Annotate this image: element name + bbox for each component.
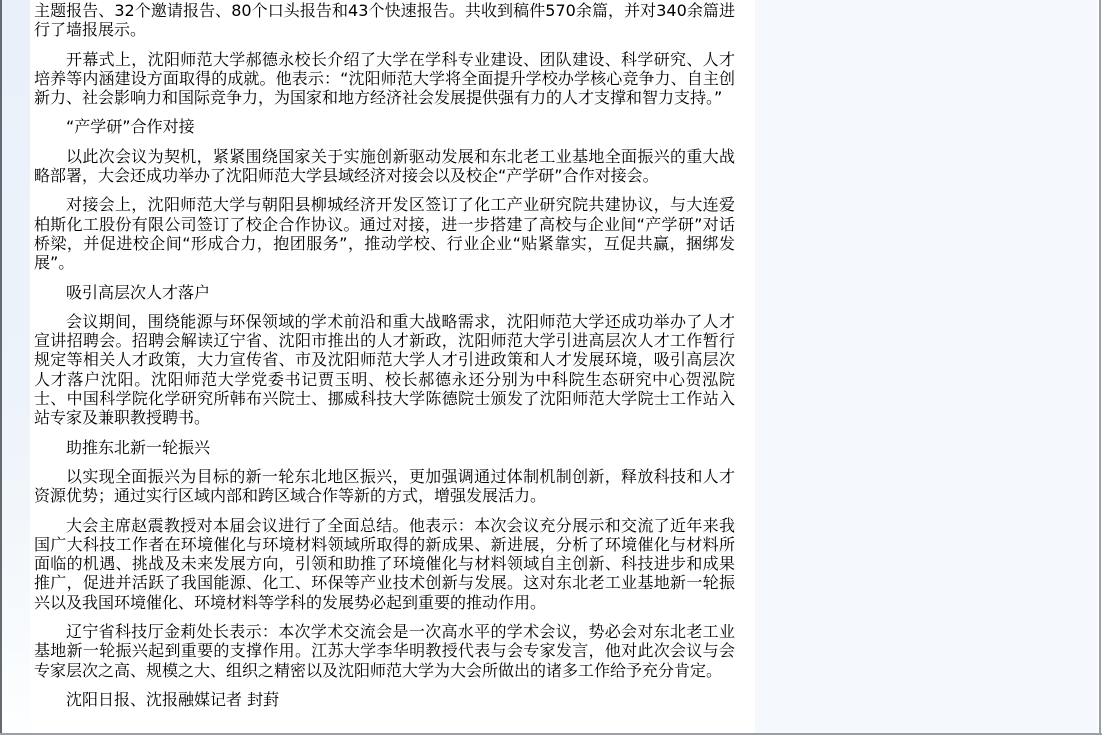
- article-paragraph: 以此次会议为契机，紧紧围绕国家关于实施创新驱动发展和东北老工业基地全面振兴的重大…: [34, 147, 735, 186]
- article-body: 主题报告、32个邀请报告、80个口头报告和43个快速报告。共收到稿件570余篇，…: [34, 1, 735, 719]
- window-border-right: [1099, 0, 1101, 735]
- article-paragraph: 辽宁省科技厅金莉处长表示：本次学术交流会是一次高水平的学术会议，势必会对东北老工…: [34, 622, 735, 680]
- article-paragraph: 会议期间，围绕能源与环保领域的学术前沿和重大战略需求，沈阳师范大学还成功举办了人…: [34, 312, 735, 428]
- left-gutter: [2, 0, 30, 733]
- right-margin-panel: [755, 0, 1097, 733]
- window-border-left: [0, 0, 2, 734]
- article-paragraph: 大会主席赵震教授对本届会议进行了全面总结。他表示：本次会议充分展示和交流了近年来…: [34, 516, 735, 612]
- section-heading: 吸引高层次人才落户: [34, 283, 735, 302]
- article-paragraph: 主题报告、32个邀请报告、80个口头报告和43个快速报告。共收到稿件570余篇，…: [34, 1, 735, 40]
- page: 主题报告、32个邀请报告、80个口头报告和43个快速报告。共收到稿件570余篇，…: [0, 0, 1102, 738]
- window-border-bottom: [0, 733, 1102, 735]
- article-paragraph: 以实现全面振兴为目标的新一轮东北地区振兴，更加强调通过体制机制创新，释放科技和人…: [34, 467, 735, 506]
- section-heading: “产学研”合作对接: [34, 117, 735, 136]
- article-paragraph: 开幕式上，沈阳师范大学郝德永校长介绍了大学在学科专业建设、团队建设、科学研究、人…: [34, 50, 735, 108]
- section-heading: 助推东北新一轮振兴: [34, 438, 735, 457]
- article-paragraph: 对接会上，沈阳师范大学与朝阳县柳城经济开发区签订了化工产业研究院共建协议，与大连…: [34, 195, 735, 272]
- article-byline: 沈阳日报、沈报融媒记者 封葑: [34, 690, 735, 709]
